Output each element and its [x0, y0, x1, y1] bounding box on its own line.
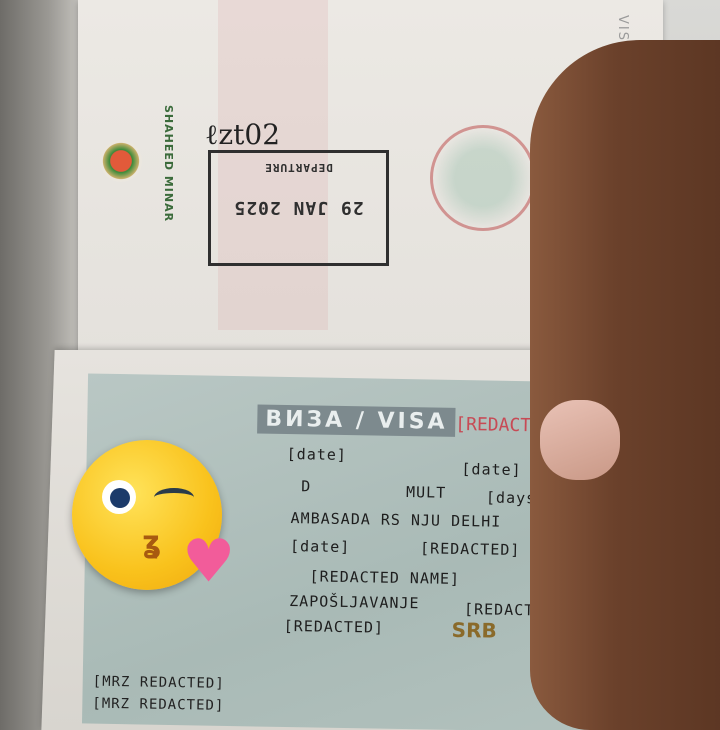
emoji-eye-open [102, 480, 136, 514]
visa-holder-name: [REDACTED NAME] [309, 567, 460, 588]
round-seal-stamp [430, 125, 536, 231]
visa-personal-number: [REDACTED] [284, 617, 385, 637]
national-emblem-icon [100, 140, 142, 182]
visa-passport-number: [REDACTED] [420, 539, 521, 559]
page-vertical-label: SHAHEED MINAR [162, 105, 175, 222]
visa-valid-from: [date] [287, 445, 347, 464]
visa-issued-by: AMBASADA RS NJU DELHI [290, 509, 501, 531]
mrz-line-2: [MRZ REDACTED] [92, 696, 224, 714]
emoji-eye-wink [154, 488, 194, 507]
hand-thumb [530, 40, 720, 730]
visa-entries: MULT [406, 483, 446, 502]
visa-country-code: SRB [451, 618, 496, 643]
departure-stamp: 29 JAN 2025 DEPARTURE [208, 150, 389, 266]
visa-title: ВИЗА / VISA [257, 404, 456, 436]
stamp-type: DEPARTURE [211, 161, 386, 174]
kissing-face-emoji-icon: ʓ ♥ [72, 440, 222, 590]
heart-icon: ♥ [187, 525, 230, 597]
visa-type: D [301, 477, 311, 495]
mrz-line-1: [MRZ REDACTED] [93, 674, 225, 692]
stamp-date: 29 JAN 2025 [233, 198, 363, 219]
visa-valid-until: [date] [461, 460, 521, 479]
handwritten-annotation: ℓzt02 [205, 118, 280, 152]
visa-issue-date: [date] [290, 537, 350, 556]
thumbnail [540, 400, 620, 480]
visa-remarks: ZAPOŠLJAVANJE [289, 592, 420, 612]
emoji-kiss-mouth: ʓ [142, 525, 161, 560]
